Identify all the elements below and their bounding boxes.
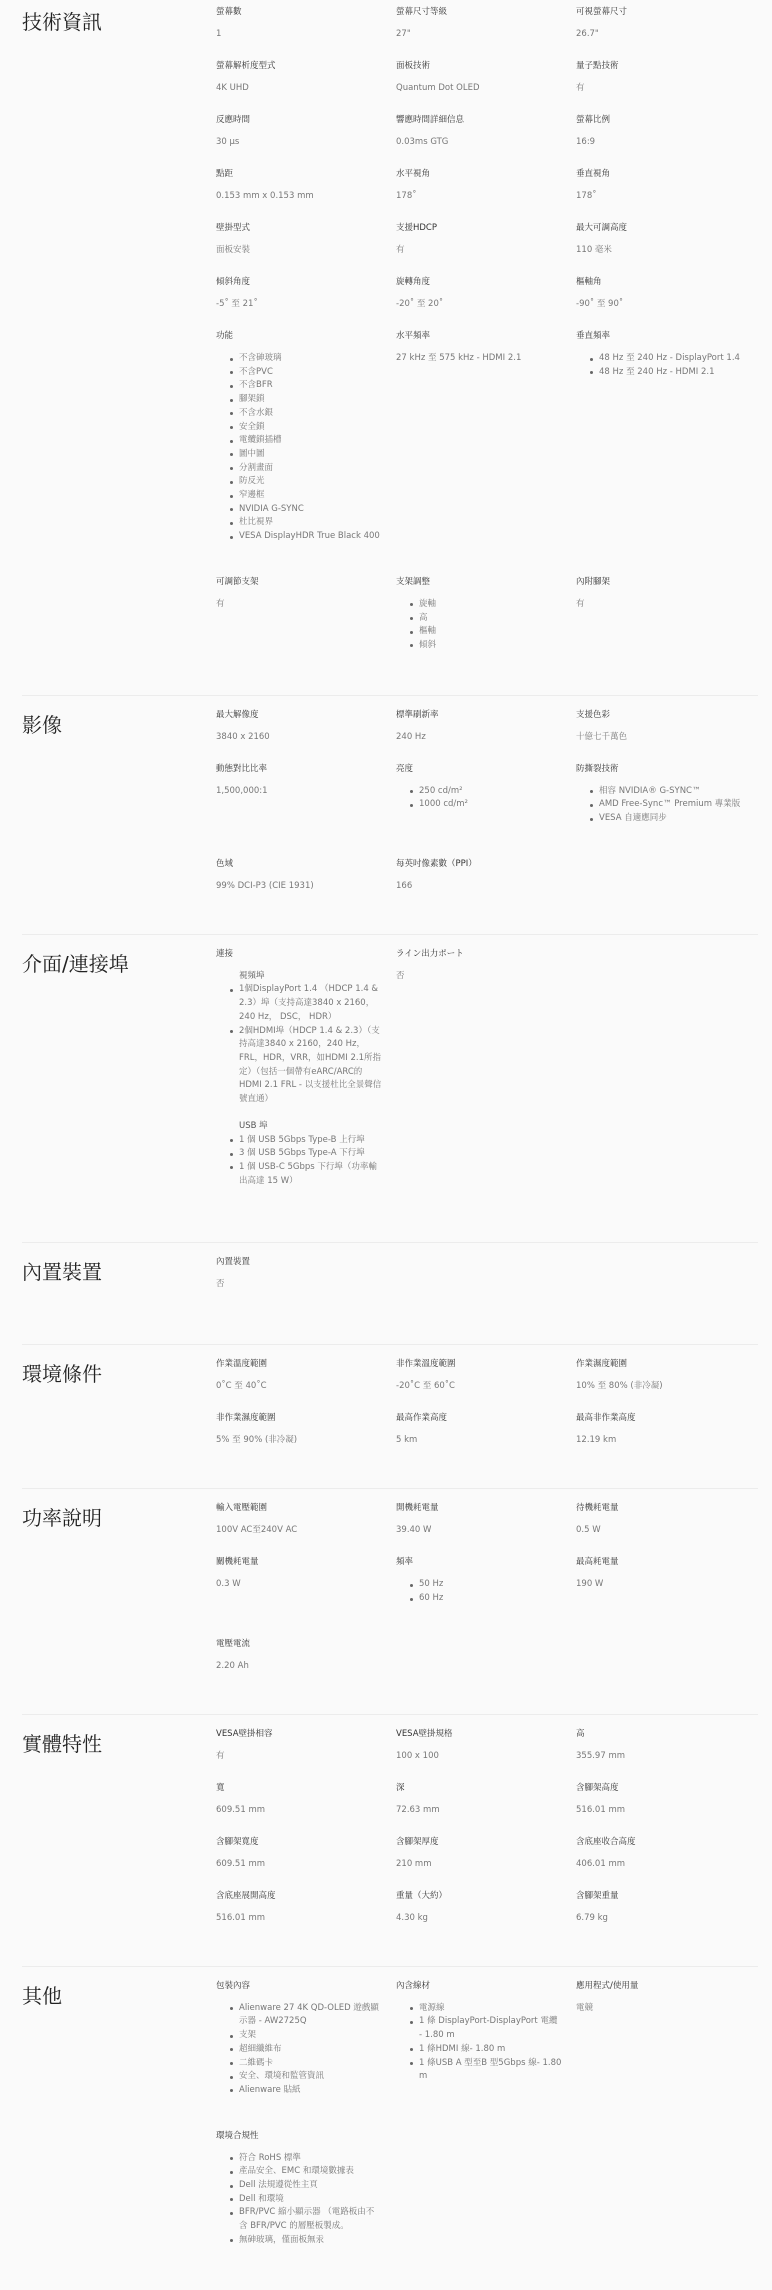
spec-current: 電壓電流2.20 Ah [216,1638,396,1692]
spec-label: 螢幕尺寸等級 [396,6,562,18]
spec-label: 待機耗電量 [576,1502,742,1514]
spec-label: 反應時間 [216,114,382,126]
list-item: 安全、環境和監管資訊 [229,2070,382,2084]
list-item: Dell 和環境 [229,2193,382,2207]
spec-label: 內附腳架 [576,576,742,588]
spec-label: 含底座展開高度 [216,1890,382,1902]
list-item: 60 Hz [409,1592,562,1606]
spec-value: 406.01 mm [576,1858,742,1870]
list-item: 不含水銀 [229,407,382,421]
spec-width: 寬609.51 mm [216,1782,396,1836]
spec-value: 0.5 W [576,1524,742,1536]
spec-tilt: 傾斜角度-5˚ 至 21˚ [216,276,396,330]
spec-color-support: 支援色彩十億七千萬色 [576,709,756,763]
spec-label: 旋轉角度 [396,276,562,288]
spec-label: 點距 [216,168,382,180]
spec-grid: 作業溫度範圍0˚C 至 40˚C 非作業溫度範圍-20˚C 至 60˚C 作業濕… [216,1358,758,1466]
spec-grid: VESA壁掛相容有 VESA壁掛規格100 x 100 高355.97 mm 寬… [216,1728,758,1944]
list-item: 窄邊框 [229,489,382,503]
spec-grid: 最大解像度3840 x 2160 標準刷新率240 Hz 支援色彩十億七千萬色 … [216,709,758,912]
feature-list: 不含砷玻璃 不含PVC 不含BFR 腳架鎖 不含水銀 安全鎖 電纜鎖插槽 圖中圖… [216,352,382,544]
spec-label: 重量（大約） [396,1890,562,1902]
spec-label: 包裝內容 [216,1980,382,1992]
spec-label: ライン出力ポート [396,948,562,960]
section-physical: 實體特性 VESA壁掛相容有 VESA壁掛規格100 x 100 高355.97… [22,1714,758,1966]
spec-viewable-size: 可視螢幕尺寸26.7" [576,6,756,60]
spec-value: 27 kHz 至 575 kHz - HDMI 2.1 [396,352,562,364]
list-item: Alienware 貼紙 [229,2084,382,2098]
spec-value: 12.19 km [576,1434,742,1446]
list-item: 符合 RoHS 標準 [229,2152,382,2166]
spec-label: 作業濕度範圍 [576,1358,742,1370]
list-item: BFR/PVC 縮小顯示器 （電路板由不含 BFR/PVC 的層壓板製成。 [229,2206,382,2233]
spec-hdcp: 支援HDCP有 [396,222,576,276]
list-item: 3 個 USB 5Gbps Type-A 下行埠 [229,1147,382,1161]
spec-value: 1,500,000:1 [216,785,382,797]
spec-label: 含腳架厚度 [396,1836,562,1848]
spec-label: 垂直視角 [576,168,742,180]
spec-input-voltage: 輸入電壓範圍100V AC至240V AC [216,1502,396,1556]
section-title: 其他 [22,1980,216,2268]
spec-value: 3840 x 2160 [216,731,382,743]
spec-label: 開機耗電量 [396,1502,562,1514]
spec-value: 99% DCI-P3 (CIE 1931) [216,880,382,892]
spec-label: 支援色彩 [576,709,742,721]
spec-builtin-devices: 內置裝置否 [216,1256,396,1322]
list-item: 傾斜 [409,639,562,653]
list-item: 1000 cd/m² [409,798,562,812]
spec-value: 100V AC至240V AC [216,1524,382,1536]
video-ports-heading: 視頻埠 [216,970,382,984]
spec-label: 亮度 [396,763,562,775]
spec-value: 178˚ [576,190,742,202]
spec-label: 作業溫度範圍 [216,1358,382,1370]
spec-dynamic-contrast: 動態對比比率1,500,000:1 [216,763,396,858]
spec-label: 最大解像度 [216,709,382,721]
spec-value: 5% 至 90% (非冷凝) [216,1434,382,1446]
anti-tearing-list: 相容 NVIDIA® G-SYNC™ AMD Free-Sync™ Premiu… [576,785,742,826]
list-item: 安全鎖 [229,421,382,435]
spec-value: 240 Hz [396,731,562,743]
spec-value: 有 [216,598,382,610]
stand-adjust-list: 旋軸 高 樞軸 傾斜 [396,598,562,653]
spec-weight: 重量（大約）4.30 kg [396,1890,576,1944]
spec-value: 10% 至 80% (非冷凝) [576,1380,742,1392]
section-title: 實體特性 [22,1728,216,1944]
spec-label: 可視螢幕尺寸 [576,6,742,18]
section-tech-specs: 技術資訊 螢幕數1 螢幕尺寸等級27" 可視螢幕尺寸26.7" 螢幕解析度型式4… [22,0,758,695]
list-item: 不含PVC [229,366,382,380]
list-item: 防反光 [229,475,382,489]
spec-label: 可調節支架 [216,576,382,588]
spec-wall-mount: 壁掛型式面板安裝 [216,222,396,276]
frequency-list: 50 Hz 60 Hz [396,1578,562,1605]
spec-nonop-humidity: 非作業濕度範圍5% 至 90% (非冷凝) [216,1412,396,1466]
list-item: 產品安全、EMC 和環境數據表 [229,2165,382,2179]
spec-nonop-temp: 非作業溫度範圍-20˚C 至 60˚C [396,1358,576,1412]
list-item: 1 條USB A 型至B 型5Gbps 線- 1.80 m [409,2057,562,2084]
spec-height-extended: 含底座展開高度516.01 mm [216,1890,396,1944]
spec-value: 100 x 100 [396,1750,562,1762]
spec-label: 壁掛型式 [216,222,382,234]
spec-label: 功能 [216,330,382,342]
spec-label: 內含線材 [396,1980,562,1992]
spec-max-resolution: 最大解像度3840 x 2160 [216,709,396,763]
spec-label: 應用程式/使用量 [576,1980,742,1992]
spec-value: 4.30 kg [396,1912,562,1924]
section-interface: 介面/連接埠 連接 視頻埠 1個DisplayPort 1.4 （HDCP 1.… [22,934,758,1243]
spec-aspect-ratio: 螢幕比例16:9 [576,114,756,168]
spec-value: 210 mm [396,1858,562,1870]
compliance-list: 符合 RoHS 標準 產品安全、EMC 和環境數據表 Dell 法規遵從性主頁 … [216,2152,382,2248]
brightness-list: 250 cd/m² 1000 cd/m² [396,785,562,812]
usb-ports-list: 1 個 USB 5Gbps Type-B 上行埠 3 個 USB 5Gbps T… [216,1134,382,1189]
spec-depth-with-stand: 含腳架厚度210 mm [396,1836,576,1890]
list-item: 支架 [229,2029,382,2043]
usb-ports-heading: USB 埠 [216,1120,382,1134]
spec-label: 水平頻率 [396,330,562,342]
spec-value: 有 [396,244,562,256]
section-title: 技術資訊 [22,6,216,673]
spec-height-compressed: 含底座收合高度406.01 mm [576,1836,756,1890]
spec-v-viewing-angle: 垂直視角178˚ [576,168,756,222]
list-item: 無砷玻璃，僅面板無汞 [229,2234,382,2248]
spec-brightness: 亮度 250 cd/m² 1000 cd/m² [396,763,576,858]
spec-value: 否 [216,1278,382,1290]
spec-label: 環境合規性 [216,2130,382,2142]
package-list: Alienware 27 4K QD-OLED 遊戲顯示器 - AW2725Q … [216,2002,382,2098]
spec-weight-with-stand: 含腳架重量6.79 kg [576,1890,756,1944]
section-title: 介面/連接埠 [22,948,216,1221]
section-title: 影像 [22,709,216,912]
list-item: 2個HDMI埠（HDCP 1.4 & 2.3）（支持高達3840 x 2160，… [229,1025,382,1107]
spec-max-height-adjust: 最大可調高度110 毫米 [576,222,756,276]
spec-value: 5 km [396,1434,562,1446]
spec-label: VESA壁掛規格 [396,1728,562,1740]
spec-pixel-pitch: 點距0.153 mm x 0.153 mm [216,168,396,222]
spec-label: 寬 [216,1782,382,1794]
spec-label: VESA壁掛相容 [216,1728,382,1740]
list-item: Alienware 27 4K QD-OLED 遊戲顯示器 - AW2725Q [229,2002,382,2029]
spec-value: 110 毫米 [576,244,742,256]
list-item: 250 cd/m² [409,785,562,799]
spec-value: 0.3 W [216,1578,382,1590]
spec-value: 0.153 mm x 0.153 mm [216,190,382,202]
spec-frequency: 頻率 50 Hz 60 Hz [396,1556,576,1637]
spec-label: 樞軸角 [576,276,742,288]
list-item: 48 Hz 至 240 Hz - HDMI 2.1 [589,366,742,380]
spec-value: 516.01 mm [216,1912,382,1924]
list-item: 相容 NVIDIA® G-SYNC™ [589,785,742,799]
spec-value: 6.79 kg [576,1912,742,1924]
spec-label: 最高作業高度 [396,1412,562,1424]
spec-label: 動態對比比率 [216,763,382,775]
spec-ppi: 每英吋像素數（PPI）166 [396,858,576,912]
spec-value: 0˚C 至 40˚C [216,1380,382,1392]
spec-screen-count: 螢幕數1 [216,6,396,60]
spec-label: 螢幕解析度型式 [216,60,382,72]
section-title: 內置裝置 [22,1256,216,1322]
spec-label: 含腳架重量 [576,1890,742,1902]
list-item: 超細纖維布 [229,2043,382,2057]
spec-value: -5˚ 至 21˚ [216,298,382,310]
spec-h-viewing-angle: 水平視角178˚ [396,168,576,222]
spec-label: 響應時間詳細信息 [396,114,562,126]
spec-features: 功能 不含砷玻璃 不含PVC 不含BFR 腳架鎖 不含水銀 安全鎖 電纜鎖插槽 … [216,330,396,576]
list-item: 分割畫面 [229,462,382,476]
spec-max-power: 最高耗電量190 W [576,1556,756,1637]
section-image: 影像 最大解像度3840 x 2160 標準刷新率240 Hz 支援色彩十億七千… [22,695,758,934]
spec-label: 電壓電流 [216,1638,382,1650]
spec-label: 垂直頻率 [576,330,742,342]
spec-value: 2.20 Ah [216,1660,382,1672]
list-item: 不含砷玻璃 [229,352,382,366]
spec-height: 高355.97 mm [576,1728,756,1782]
spec-value: 72.63 mm [396,1804,562,1816]
spec-value: 有 [576,82,742,94]
spec-quantum-dot: 量子點技術有 [576,60,756,114]
spec-value: 30 µs [216,136,382,148]
spec-op-humidity: 作業濕度範圍10% 至 80% (非冷凝) [576,1358,756,1412]
list-item: Dell 法規遵從性主頁 [229,2179,382,2193]
spec-label: 標準刷新率 [396,709,562,721]
spec-label: 頻率 [396,1556,562,1568]
spec-value: 0.03ms GTG [396,136,562,148]
spec-value: 26.7" [576,28,742,40]
spec-swivel: 旋轉角度-20˚ 至 20˚ [396,276,576,330]
section-other: 其他 包裝內容 Alienware 27 4K QD-OLED 遊戲顯示器 - … [22,1966,758,2290]
spec-value: 190 W [576,1578,742,1590]
spec-response-detail: 響應時間詳細信息0.03ms GTG [396,114,576,168]
spec-grid: 內置裝置否 [216,1256,758,1322]
spec-refresh-rate: 標準刷新率240 Hz [396,709,576,763]
spec-value: 十億七千萬色 [576,731,742,743]
list-item: 1 個 USB 5Gbps Type-B 上行埠 [229,1134,382,1148]
spec-label: 非作業溫度範圍 [396,1358,562,1370]
list-item: 旋軸 [409,598,562,612]
spec-grid: 包裝內容 Alienware 27 4K QD-OLED 遊戲顯示器 - AW2… [216,1980,758,2268]
spec-value: 178˚ [396,190,562,202]
list-item: 電纜鎖插槽 [229,434,382,448]
spec-h-frequency: 水平頻率27 kHz 至 575 kHz - HDMI 2.1 [396,330,576,576]
spec-vesa-spec: VESA壁掛規格100 x 100 [396,1728,576,1782]
spec-screen-size-class: 螢幕尺寸等級27" [396,6,576,60]
spec-panel-tech: 面板技術Quantum Dot OLED [396,60,576,114]
list-item: 二維碼卡 [229,2057,382,2071]
spec-value: Quantum Dot OLED [396,82,562,94]
spec-label: 連接 [216,948,382,960]
spec-width-with-stand: 含腳架寬度609.51 mm [216,1836,396,1890]
spec-value: 有 [576,598,742,610]
spec-label: 支架調整 [396,576,562,588]
spec-label: 關機耗電量 [216,1556,382,1568]
spec-label: 最高非作業高度 [576,1412,742,1424]
spec-vesa-compat: VESA壁掛相容有 [216,1728,396,1782]
spec-label: 高 [576,1728,742,1740]
spec-label: 非作業濕度範圍 [216,1412,382,1424]
spec-op-altitude: 最高作業高度5 km [396,1412,576,1466]
spec-stand-included: 內附腳架有 [576,576,756,673]
spec-pivot: 樞軸角-90˚ 至 90˚ [576,276,756,330]
spec-label: 輸入電壓範圍 [216,1502,382,1514]
video-ports-list: 1個DisplayPort 1.4 （HDCP 1.4 & 2.3）埠（支持高達… [216,983,382,1106]
spec-anti-tearing: 防撕裂技術 相容 NVIDIA® G-SYNC™ AMD Free-Sync™ … [576,763,756,858]
section-power: 功率說明 輸入電壓範圍100V AC至240V AC 開機耗電量39.40 W … [22,1488,758,1713]
list-item: VESA DisplayHDR True Black 400 [229,530,382,544]
list-item: 1個DisplayPort 1.4 （HDCP 1.4 & 2.3）埠（支持高達… [229,983,382,1024]
spec-resolution-type: 螢幕解析度型式4K UHD [216,60,396,114]
spec-line-out: ライン出力ポート否 [396,948,576,1221]
v-frequency-list: 48 Hz 至 240 Hz - DisplayPort 1.4 48 Hz 至… [576,352,742,379]
spec-label: 螢幕比例 [576,114,742,126]
spec-connectivity: 連接 視頻埠 1個DisplayPort 1.4 （HDCP 1.4 & 2.3… [216,948,396,1221]
spec-op-temp: 作業溫度範圍0˚C 至 40˚C [216,1358,396,1412]
spec-nonop-altitude: 最高非作業高度12.19 km [576,1412,756,1466]
spec-label: 面板技術 [396,60,562,72]
spec-value: 16:9 [576,136,742,148]
spec-label: 水平視角 [396,168,562,180]
spec-label: 防撕裂技術 [576,763,742,775]
spec-label: 量子點技術 [576,60,742,72]
spec-label: 最大可調高度 [576,222,742,234]
list-item: 圖中圖 [229,448,382,462]
spec-label: 深 [396,1782,562,1794]
list-item: NVIDIA G-SYNC [229,503,382,517]
spec-label: 傾斜角度 [216,276,382,288]
list-item: 1 條 DisplayPort-DisplayPort 電纜 - 1.80 m [409,2015,562,2042]
spec-power-off: 關機耗電量0.3 W [216,1556,396,1637]
spec-value: 電競 [576,2002,742,2014]
spec-label: 每英吋像素數（PPI） [396,858,562,870]
spec-value: -20˚ 至 20˚ [396,298,562,310]
spec-grid: 螢幕數1 螢幕尺寸等級27" 可視螢幕尺寸26.7" 螢幕解析度型式4K UHD… [216,6,758,673]
spec-value: 39.40 W [396,1524,562,1536]
list-item: 1 個 USB-C 5Gbps 下行埠（功率輸出高達 15 W） [229,1161,382,1188]
spec-value: -90˚ 至 90˚ [576,298,742,310]
cables-list: 電源線 1 條 DisplayPort-DisplayPort 電纜 - 1.8… [396,2002,562,2084]
spec-value: 516.01 mm [576,1804,742,1816]
section-environment: 環境條件 作業溫度範圍0˚C 至 40˚C 非作業溫度範圍-20˚C 至 60˚… [22,1344,758,1488]
spec-environmental-compliance: 環境合規性 符合 RoHS 標準 產品安全、EMC 和環境數據表 Dell 法規… [216,2130,396,2268]
list-item: VESA 自適應同步 [589,812,742,826]
list-item: 高 [409,612,562,626]
section-title: 功率說明 [22,1502,216,1691]
spec-value: 166 [396,880,562,892]
spec-value: 1 [216,28,382,40]
list-item: 48 Hz 至 240 Hz - DisplayPort 1.4 [589,352,742,366]
spec-label: 螢幕數 [216,6,382,18]
list-item: 腳架鎖 [229,393,382,407]
spec-application: 應用程式/使用量電競 [576,1980,756,2130]
spec-label: 含底座收合高度 [576,1836,742,1848]
spec-adjustable-stand: 可調節支架有 [216,576,396,673]
list-item: 1 條HDMI 線- 1.80 m [409,2043,562,2057]
list-item: 50 Hz [409,1578,562,1592]
spec-value: 609.51 mm [216,1858,382,1870]
spec-value: 否 [396,970,562,982]
list-item: 樞軸 [409,625,562,639]
spec-value: 609.51 mm [216,1804,382,1816]
list-item: 電源線 [409,2002,562,2016]
spec-power-on: 開機耗電量39.40 W [396,1502,576,1556]
spec-label: 含腳架寬度 [216,1836,382,1848]
spec-label: 含腳架高度 [576,1782,742,1794]
list-item: 杜比視界 [229,516,382,530]
spec-v-frequency: 垂直頻率 48 Hz 至 240 Hz - DisplayPort 1.4 48… [576,330,756,576]
spec-grid: 輸入電壓範圍100V AC至240V AC 開機耗電量39.40 W 待機耗電量… [216,1502,758,1691]
list-item: AMD Free-Sync™ Premium 專業版 [589,798,742,812]
spec-value: -20˚C 至 60˚C [396,1380,562,1392]
spec-grid: 連接 視頻埠 1個DisplayPort 1.4 （HDCP 1.4 & 2.3… [216,948,758,1221]
spec-standby: 待機耗電量0.5 W [576,1502,756,1556]
spec-height-with-stand: 含腳架高度516.01 mm [576,1782,756,1836]
spec-label: 最高耗電量 [576,1556,742,1568]
spec-label: 支援HDCP [396,222,562,234]
spec-color-gamut: 色域99% DCI-P3 (CIE 1931) [216,858,396,912]
spec-value: 有 [216,1750,382,1762]
section-builtin: 內置裝置 內置裝置否 [22,1242,758,1344]
spec-value: 4K UHD [216,82,382,94]
spec-value: 355.97 mm [576,1750,742,1762]
section-title: 環境條件 [22,1358,216,1466]
spec-cables: 內含線材 電源線 1 條 DisplayPort-DisplayPort 電纜 … [396,1980,576,2130]
spec-label: 內置裝置 [216,1256,382,1268]
spec-package-contents: 包裝內容 Alienware 27 4K QD-OLED 遊戲顯示器 - AW2… [216,1980,396,2130]
spec-response-time: 反應時間30 µs [216,114,396,168]
spec-value: 27" [396,28,562,40]
spec-depth: 深72.63 mm [396,1782,576,1836]
spec-value: 面板安裝 [216,244,382,256]
spec-label: 色域 [216,858,382,870]
list-item: 不含BFR [229,379,382,393]
spec-stand-adjustments: 支架調整 旋軸 高 樞軸 傾斜 [396,576,576,673]
